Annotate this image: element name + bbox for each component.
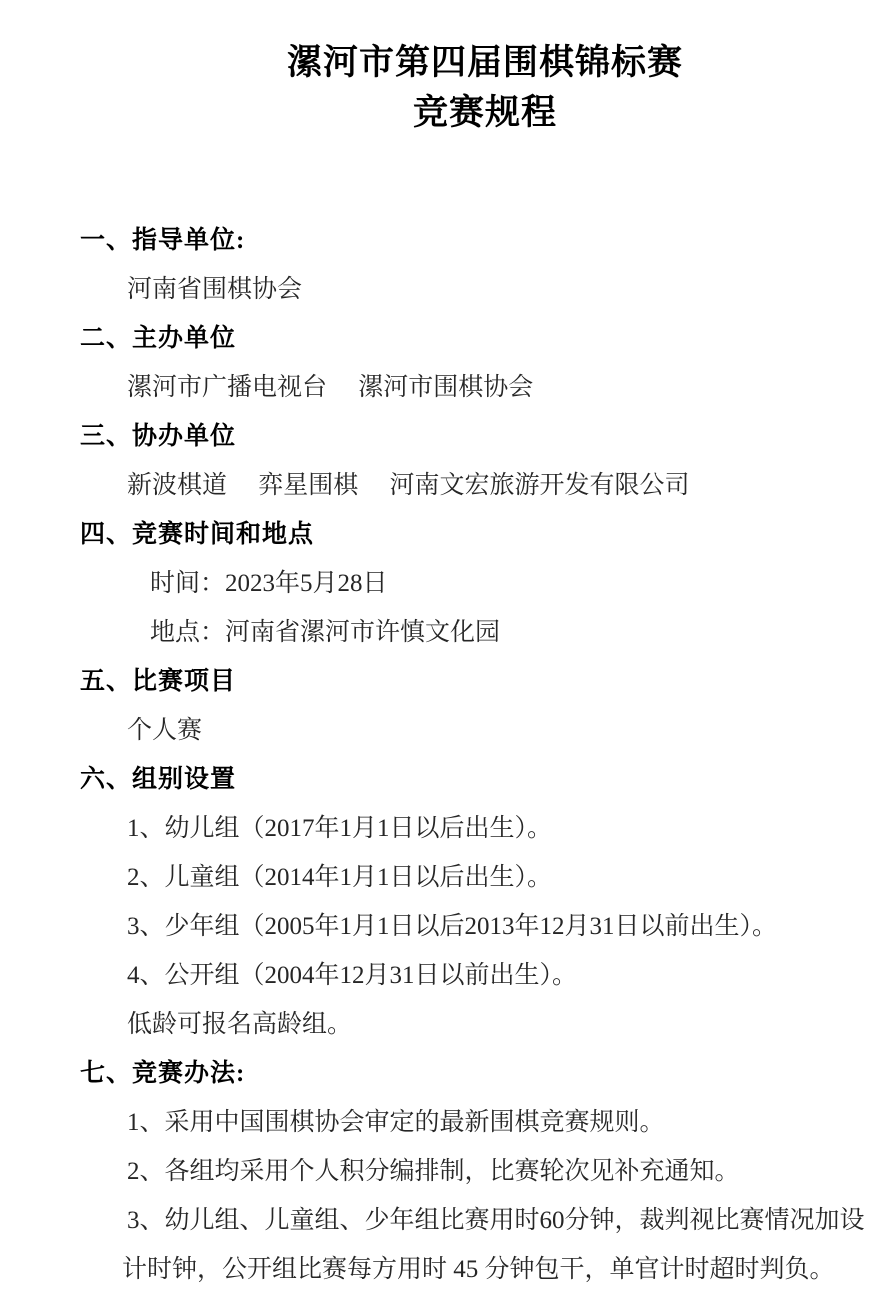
document-page: 漯河市第四届围棋锦标赛 竞赛规程 一、指导单位:河南省围棋协会二、主办单位漯河市… [0, 0, 886, 1311]
section-line: 新波棋道 弈星围棋 河南文宏旅游开发有限公司 [127, 461, 886, 510]
section-heading: 七、竞赛办法: [80, 1049, 886, 1098]
section-heading: 一、指导单位: [80, 216, 886, 265]
section-line: 计时钟，公开组比赛每方用时 45 分钟包干，单官计时超时判负。 [122, 1245, 886, 1294]
section-heading: 六、组别设置 [80, 755, 886, 804]
document-title-line2: 竞赛规程 [84, 88, 886, 138]
section-line: 3、少年组（2005年1月1日以后2013年12月31日以前出生）。 [127, 902, 886, 951]
section-line: 地点：河南省漯河市许慎文化园 [150, 608, 886, 657]
section-line: 时间：2023年5月28日 [150, 559, 886, 608]
section-heading: 四、竞赛时间和地点 [80, 510, 886, 559]
document-title: 漯河市第四届围棋锦标赛 竞赛规程 [0, 0, 886, 138]
section-line: 2、各组均采用个人积分编排制，比赛轮次见补充通知。 [127, 1147, 886, 1196]
document-title-line1: 漯河市第四届围棋锦标赛 [84, 38, 886, 88]
section-line: 1、采用中国围棋协会审定的最新围棋竞赛规则。 [127, 1098, 886, 1147]
section-line: 4、公开组（2004年12月31日以前出生）。 [127, 951, 886, 1000]
section-line: 河南省围棋协会 [127, 265, 886, 314]
section-line: 低龄可报名高龄组。 [127, 1000, 886, 1049]
section-heading: 五、比赛项目 [80, 657, 886, 706]
section-line: 个人赛 [127, 706, 886, 755]
section-line: 3、幼儿组、儿童组、少年组比赛用时60分钟，裁判视比赛情况加设 [127, 1196, 886, 1245]
section-line: 1、幼儿组（2017年1月1日以后出生）。 [127, 804, 886, 853]
section-heading: 三、协办单位 [80, 412, 886, 461]
section-line: 2、儿童组（2014年1月1日以后出生）。 [127, 853, 886, 902]
section-line: 漯河市广播电视台 漯河市围棋协会 [127, 363, 886, 412]
document-body: 一、指导单位:河南省围棋协会二、主办单位漯河市广播电视台 漯河市围棋协会三、协办… [0, 216, 886, 1294]
section-heading: 二、主办单位 [80, 314, 886, 363]
